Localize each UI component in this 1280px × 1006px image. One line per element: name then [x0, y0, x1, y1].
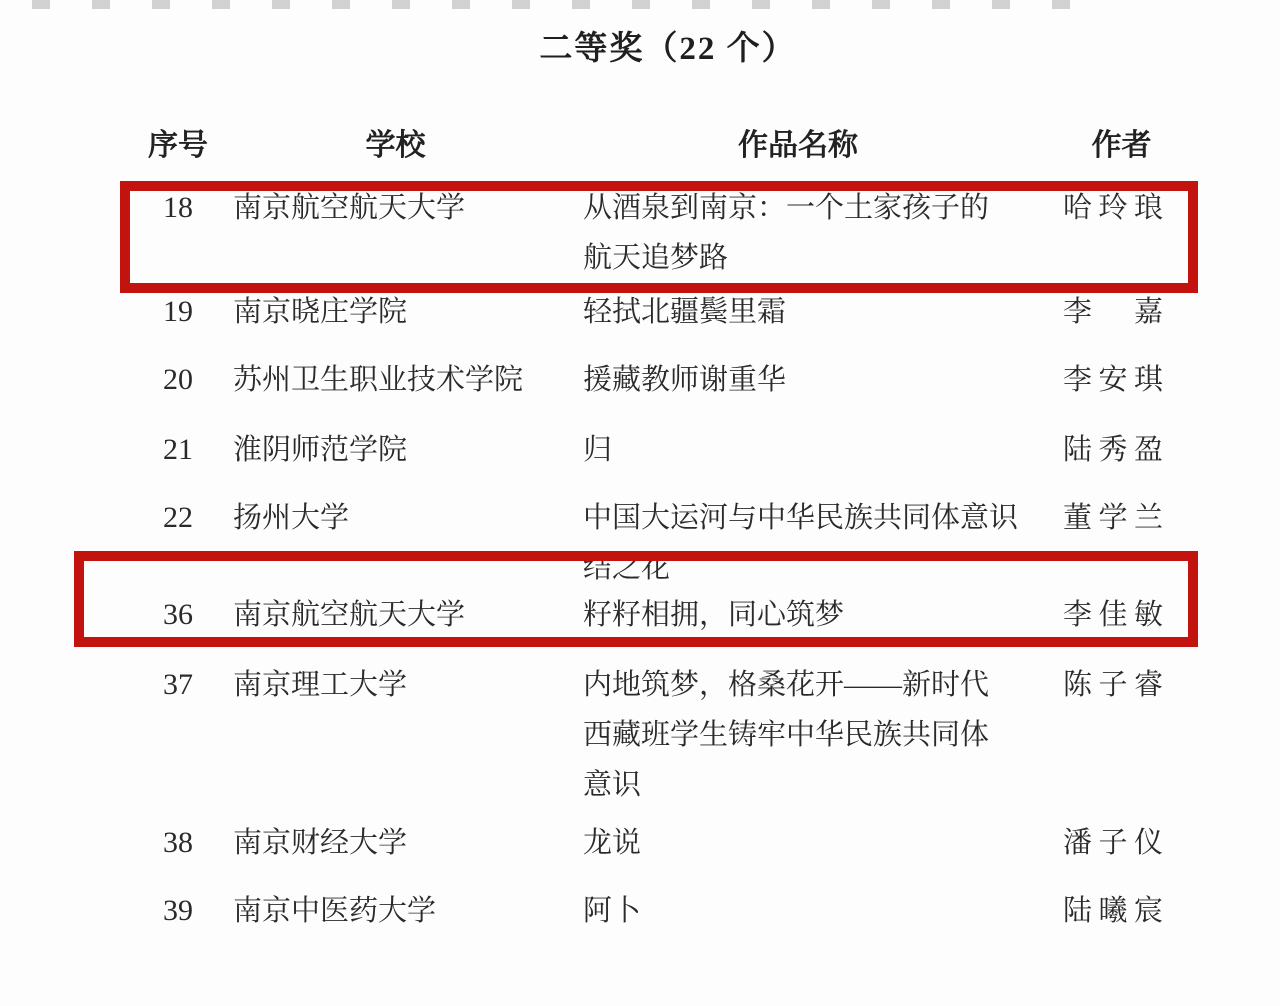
cell-work: 轻拭北疆鬓里霜 — [583, 287, 1063, 337]
table-row: 22 扬州大学 中国大运河与中华民族共同体意识 结之花 董学兰 — [148, 493, 1200, 593]
cell-author: 潘子仪 — [1063, 818, 1200, 868]
column-header-no: 序号 — [148, 121, 233, 171]
table-row: 21 淮阴师范学院 归 陆秀盈 — [148, 425, 1200, 475]
cell-school: 苏州卫生职业技术学院 — [233, 355, 583, 405]
cropped-previous-line-fragments — [32, 0, 1112, 9]
cell-work: 中国大运河与中华民族共同体意识 结之花 — [583, 493, 1063, 593]
cell-author: 李 嘉 — [1063, 287, 1200, 337]
cell-no: 19 — [148, 287, 233, 337]
cell-no: 20 — [148, 355, 233, 405]
cell-school: 南京财经大学 — [233, 818, 583, 868]
cell-author: 陈子睿 — [1063, 660, 1200, 810]
column-header-school: 学校 — [233, 121, 583, 171]
table-header-row: 序号 学校 作品名称 作者 — [148, 121, 1200, 171]
cell-work: 内地筑梦，格桑花开——新时代 西藏班学生铸牢中华民族共同体 意识 — [583, 660, 1063, 810]
cell-no: 36 — [148, 590, 233, 640]
table-row: 18 南京航空航天大学 从酒泉到南京：一个土家孩子的 航天追梦路 哈玲琅 — [148, 183, 1200, 283]
cell-no: 37 — [148, 660, 233, 810]
cell-author: 哈玲琅 — [1063, 183, 1200, 283]
cell-no: 22 — [148, 493, 233, 593]
cell-no: 18 — [148, 183, 233, 283]
column-header-work: 作品名称 — [583, 121, 1063, 171]
page-title: 二等奖（22 个） — [0, 22, 1280, 69]
table-row: 38 南京财经大学 龙说 潘子仪 — [148, 818, 1200, 868]
cell-author: 陆秀盈 — [1063, 425, 1200, 475]
table-row: 37 南京理工大学 内地筑梦，格桑花开——新时代 西藏班学生铸牢中华民族共同体 … — [148, 660, 1200, 810]
cell-author: 李安琪 — [1063, 355, 1200, 405]
table-row: 20 苏州卫生职业技术学院 援藏教师谢重华 李安琪 — [148, 355, 1200, 405]
cell-school: 南京航空航天大学 — [233, 590, 583, 640]
cell-work: 从酒泉到南京：一个土家孩子的 航天追梦路 — [583, 183, 1063, 283]
cell-work: 阿卜 — [583, 886, 1063, 936]
cell-school: 南京晓庄学院 — [233, 287, 583, 337]
cell-work: 龙说 — [583, 818, 1063, 868]
cell-no: 39 — [148, 886, 233, 936]
cell-school: 淮阴师范学院 — [233, 425, 583, 475]
cell-author: 陆曦宸 — [1063, 886, 1200, 936]
cell-author: 董学兰 — [1063, 493, 1200, 593]
table-row: 36 南京航空航天大学 籽籽相拥，同心筑梦 李佳敏 — [148, 590, 1200, 640]
cell-no: 21 — [148, 425, 233, 475]
cell-school: 南京中医药大学 — [233, 886, 583, 936]
column-header-author: 作者 — [1063, 121, 1200, 171]
table-row: 19 南京晓庄学院 轻拭北疆鬓里霜 李 嘉 — [148, 287, 1200, 337]
document-page: 二等奖（22 个） 序号 学校 作品名称 作者 18 南京航空航天大学 从酒泉到… — [0, 0, 1280, 1006]
cell-school: 南京航空航天大学 — [233, 183, 583, 283]
cell-school: 扬州大学 — [233, 493, 583, 593]
cell-work: 归 — [583, 425, 1063, 475]
table-row: 39 南京中医药大学 阿卜 陆曦宸 — [148, 886, 1200, 936]
cell-work: 籽籽相拥，同心筑梦 — [583, 590, 1063, 640]
cell-author: 李佳敏 — [1063, 590, 1200, 640]
cell-no: 38 — [148, 818, 233, 868]
cell-school: 南京理工大学 — [233, 660, 583, 810]
cell-work: 援藏教师谢重华 — [583, 355, 1063, 405]
